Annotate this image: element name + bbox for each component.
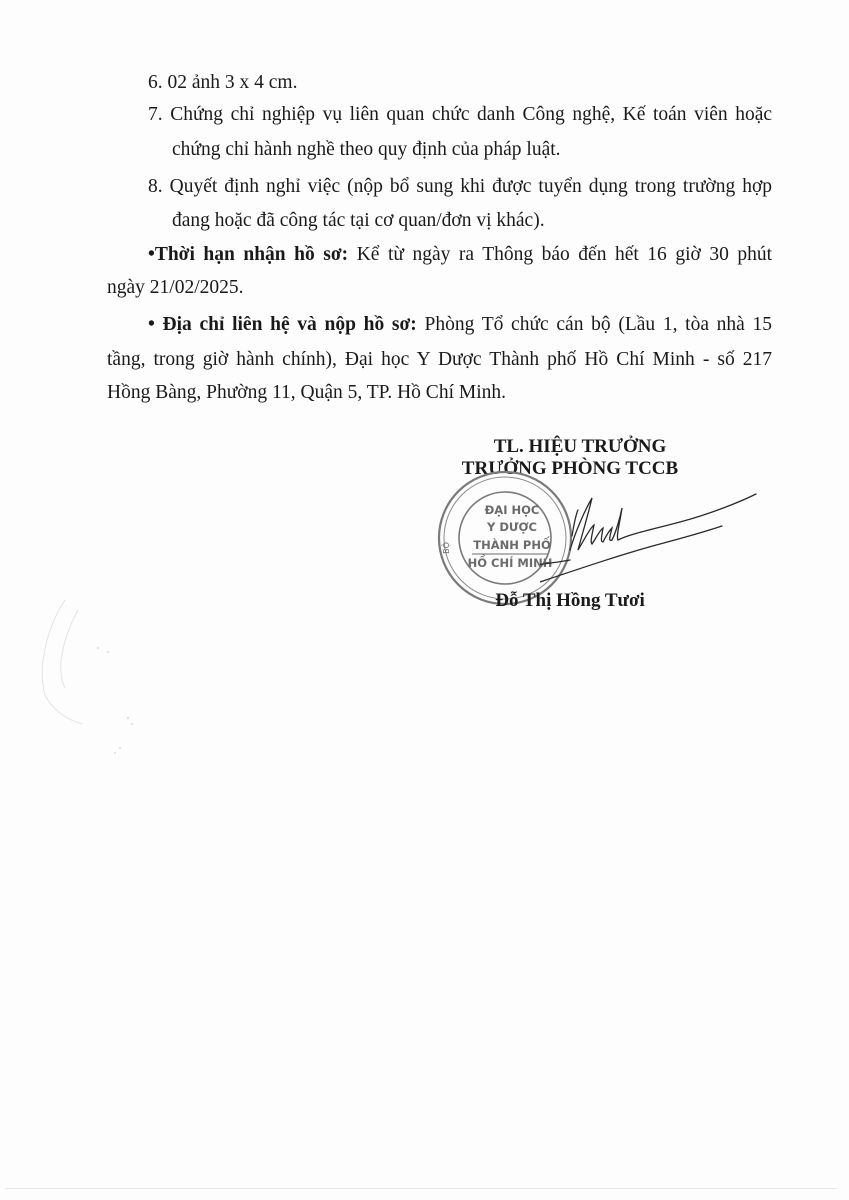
address-text: tầng, trong giờ hành chính), Đại học Y D… [107,349,772,370]
list-number: 7. [148,104,163,125]
list-item-7-continuation: chứng chỉ hành nghề theo quy định của ph… [172,138,772,162]
list-number: 6. [148,72,163,93]
bullet-icon: • [148,244,155,265]
list-text: Chứng chỉ nghiệp vụ liên quan chức danh … [170,104,772,125]
list-text: đang hoặc đã công tác tại cơ quan/đơn vị… [172,210,545,231]
deadline-continuation: ngày 21/02/2025. [107,276,772,300]
address-text: Phòng Tổ chức cán bộ (Lầu 1, tòa nhà 15 [425,314,773,335]
page-bottom-edge [5,1188,837,1189]
signature-title-1: TL. HIỆU TRƯỞNG [460,436,700,458]
list-item-6: 6. 02 ảnh 3 x 4 cm. [148,71,772,95]
faint-stamp-bleed-icon [20,600,200,780]
list-text: Quyết định nghỉ việc (nộp bổ sung khi đư… [170,176,772,197]
list-item-8-continuation: đang hoặc đã công tác tại cơ quan/đơn vị… [172,209,772,233]
list-item-7: 7. Chứng chỉ nghiệp vụ liên quan chức da… [148,103,772,127]
document-page: 6. 02 ảnh 3 x 4 cm. 7. Chứng chỉ nghiệp … [0,0,849,1200]
list-item-8: 8. Quyết định nghỉ việc (nộp bổ sung khi… [148,175,772,199]
address-text: Hồng Bàng, Phường 11, Quận 5, TP. Hồ Chí… [107,382,506,403]
list-text: 02 ảnh 3 x 4 cm. [168,72,298,93]
stamp-side-text: BỘ [440,542,451,554]
stamp-text: ĐẠI HỌC [485,503,540,517]
deadline-paragraph: •Thời hạn nhận hồ sơ: Kể từ ngày ra Thôn… [148,243,772,267]
address-continuation-1: tầng, trong giờ hành chính), Đại học Y D… [107,348,772,372]
address-label: Địa chỉ liên hệ và nộp hồ sơ: [163,314,417,335]
bullet-icon: • [148,314,155,335]
list-number: 8. [148,176,163,197]
signer-name: Đỗ Thị Hồng Tươi [470,590,670,612]
list-text: chứng chỉ hành nghề theo quy định của ph… [172,139,561,160]
address-continuation-2: Hồng Bàng, Phường 11, Quận 5, TP. Hồ Chí… [107,381,772,405]
stamp-text: Y DƯỢC [486,520,537,534]
deadline-text: Kể từ ngày ra Thông báo đến hết 16 giờ 3… [357,244,772,265]
deadline-label: Thời hạn nhận hồ sơ: [155,244,348,265]
deadline-date: ngày 21/02/2025. [107,277,244,298]
address-paragraph: • Địa chỉ liên hệ và nộp hồ sơ: Phòng Tổ… [148,313,772,337]
